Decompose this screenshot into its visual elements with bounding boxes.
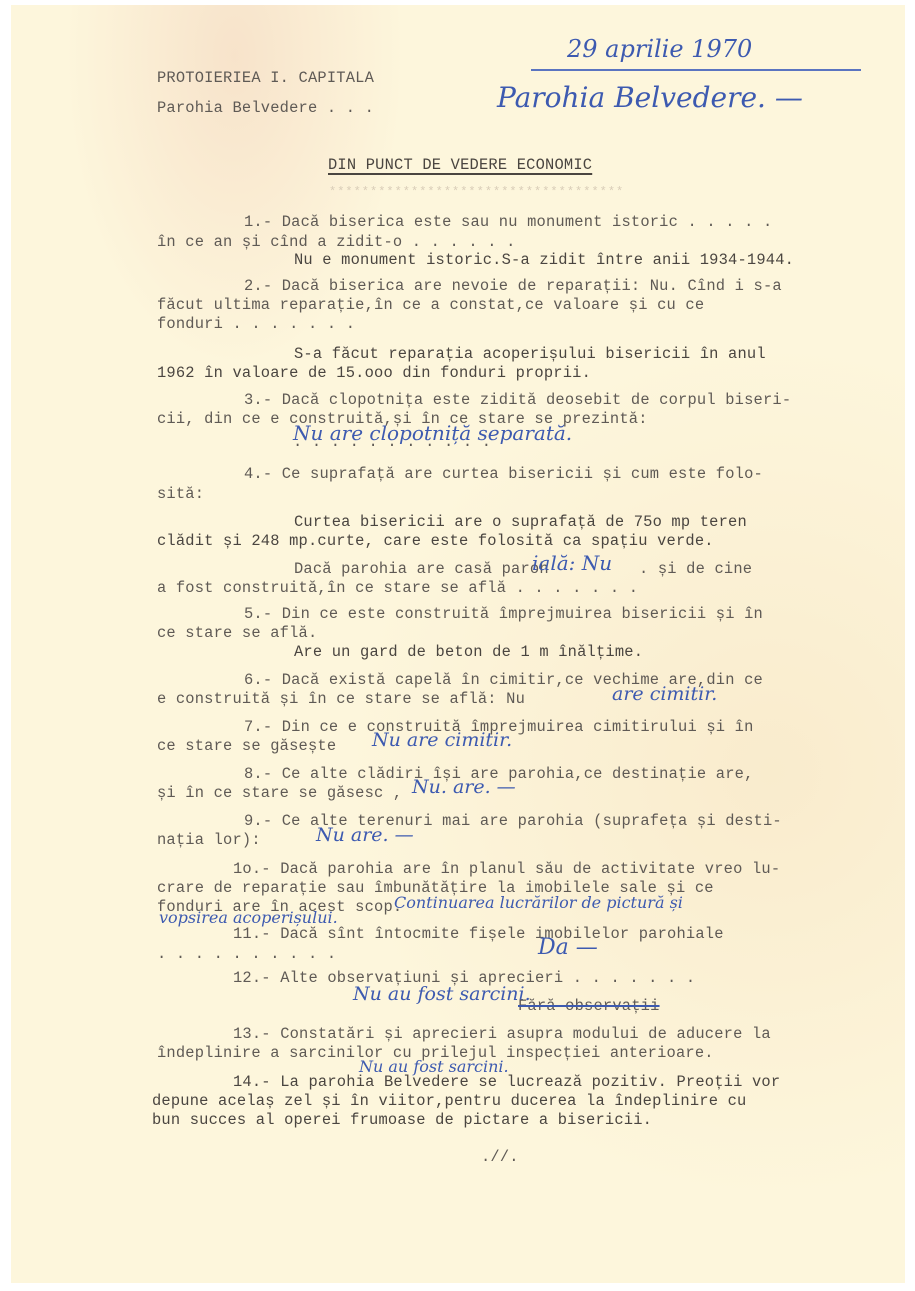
item-4-answer-1: Curtea bisericii are o suprafață de 75o … <box>294 513 747 531</box>
org-line: PROTOIERIEA I. CAPITALA <box>157 69 374 87</box>
item-9-handwritten-answer: Nu are. — <box>316 824 414 846</box>
item-13-line-1: 13.- Constatări și aprecieri asupra modu… <box>233 1025 771 1043</box>
item-12-struck-answer: Fără observații <box>518 997 660 1015</box>
item-7-handwritten-answer: Nu are cimitir. <box>372 729 512 751</box>
item-4-subquestion-2: a fost construită,în ce stare se află . … <box>157 579 638 597</box>
item-12-handwritten-answer: Nu au fost sarcini. <box>353 983 531 1005</box>
item-10-handwritten-answer-1: Continuarea lucrărilor de pictură și <box>394 893 683 912</box>
item-14-line-2: depune acelaș zel și în viitor,pentru du… <box>152 1092 746 1110</box>
item-8-handwritten-answer: Nu. are. — <box>412 776 516 798</box>
item-1-line-1: 1.- Dacă biserica este sau nu monument i… <box>244 213 772 231</box>
item-4-line-1: 4.- Ce suprafață are curtea bisericii și… <box>244 465 763 483</box>
item-4-answer-2: clădit și 248 mp.curte, care este folosi… <box>157 532 714 550</box>
item-7-line-2: ce stare se găsește <box>157 737 336 755</box>
title-dots: ************************************ <box>329 185 624 199</box>
item-4-handwritten-answer: ială: Nu <box>532 551 612 575</box>
item-1-line-2: în ce an și cînd a zidit-o . . . . . . <box>157 233 516 251</box>
item-14-line-1: 14.- La parohia Belvedere se lucrează po… <box>233 1073 780 1091</box>
item-10-line-1: 1o.- Dacă parohia are în planul său de a… <box>233 860 780 878</box>
page-title: DIN PUNCT DE VEDERE ECONOMIC <box>328 156 592 174</box>
item-4-subquestion-1: Dacă parohia are casă paroh <box>294 560 549 578</box>
item-11-line-1: 11.- Dacă sînt întocmite fișele imobilel… <box>233 925 724 943</box>
item-1-answer: Nu e monument istoric.S-a zidit între an… <box>294 251 794 269</box>
item-8-line-2: și în ce stare se găsesc , <box>157 784 402 802</box>
item-9-line-2: nația lor): <box>157 831 261 849</box>
item-2-line-2: făcut ultima reparație,în ce a constat,c… <box>157 296 704 314</box>
item-5-line-1: 5.- Din ce este construită împrejmuirea … <box>244 605 763 623</box>
item-14-line-3: bun succes al operei frumoase de pictare… <box>152 1111 652 1129</box>
item-3-line-1: 3.- Dacă clopotnița este zidită deosebit… <box>244 391 791 409</box>
parish-line: Parohia Belvedere . . . <box>157 99 374 117</box>
document-page: PROTOIERIEA I. CAPITALA Parohia Belveder… <box>11 5 905 1283</box>
item-5-line-2: ce stare se află. <box>157 624 317 642</box>
end-mark: .//. <box>481 1148 519 1166</box>
item-6-handwritten-answer: are cimitir. <box>612 683 717 705</box>
item-11-handwritten-answer: Da — <box>538 935 598 960</box>
item-2-answer-1: S-a făcut reparația acoperișului biseric… <box>294 345 766 363</box>
handwritten-date: 29 aprilie 1970 <box>567 35 752 63</box>
item-6-line-2: e construită și în ce stare se află: Nu <box>157 690 525 708</box>
handwritten-parish: Parohia Belvedere. — <box>497 81 803 114</box>
item-2-line-3: fonduri . . . . . . . <box>157 315 355 333</box>
item-11-line-2: . . . . . . . . . . <box>157 945 336 963</box>
date-underline <box>531 69 861 71</box>
item-4-line-2: sită: <box>157 485 204 503</box>
item-4-subquestion-1b: . și de cine <box>639 560 752 578</box>
item-3-handwritten-answer: Nu are clopotniță separată. <box>293 421 572 445</box>
item-2-answer-2: 1962 în valoare de 15.ooo din fonduri pr… <box>157 364 591 382</box>
item-5-answer: Are un gard de beton de 1 m înălțime. <box>294 643 643 661</box>
item-2-line-1: 2.- Dacă biserica are nevoie de reparați… <box>244 277 782 295</box>
